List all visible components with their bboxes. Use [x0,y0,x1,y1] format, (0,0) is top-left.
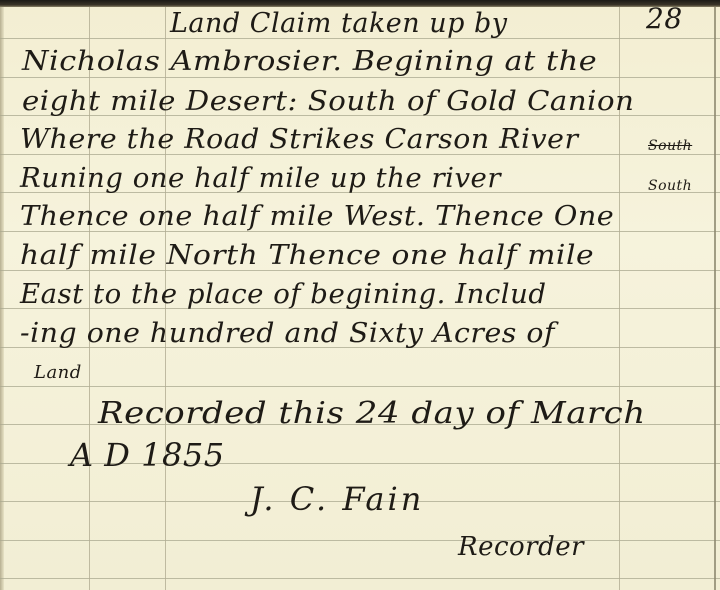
signature-title: Recorder [458,532,584,562]
inserted-word: South [648,178,692,194]
text-line-2: eight mile Desert: South of Gold Canion [22,86,634,117]
recorded-year: A D 1855 [70,436,225,474]
text-line-5: Thence one half mile West. Thence One [20,201,614,232]
signature: J. C. Fain [250,480,424,518]
text-line-6: half mile North Thence one half mile [20,240,594,271]
rule-line [0,540,720,541]
struck-word: South [648,138,692,154]
page-number: 28 [646,2,683,35]
text-line-9: Land [34,362,82,383]
text-line-8: -ing one hundred and Sixty Acres of [20,318,555,349]
text-line-3: Where the Road Strikes Carson River [20,124,579,155]
ledger-page: Land Claim taken up by 28 Nicholas Ambro… [0,0,720,590]
recorded-line: Recorded this 24 day of March [98,396,646,431]
page-left-edge [0,7,4,590]
page-top-border [0,0,720,7]
text-line-7: East to the place of begining. Includ [20,279,546,310]
rule-line [0,77,720,78]
margin-line-right [714,7,716,590]
heading: Land Claim taken up by [170,8,508,39]
text-line-1: Nicholas Ambrosier. Begining at the [22,46,597,77]
text-line-4: Runing one half mile up the river [20,163,501,194]
rule-line [0,578,720,579]
rule-line [0,386,720,387]
